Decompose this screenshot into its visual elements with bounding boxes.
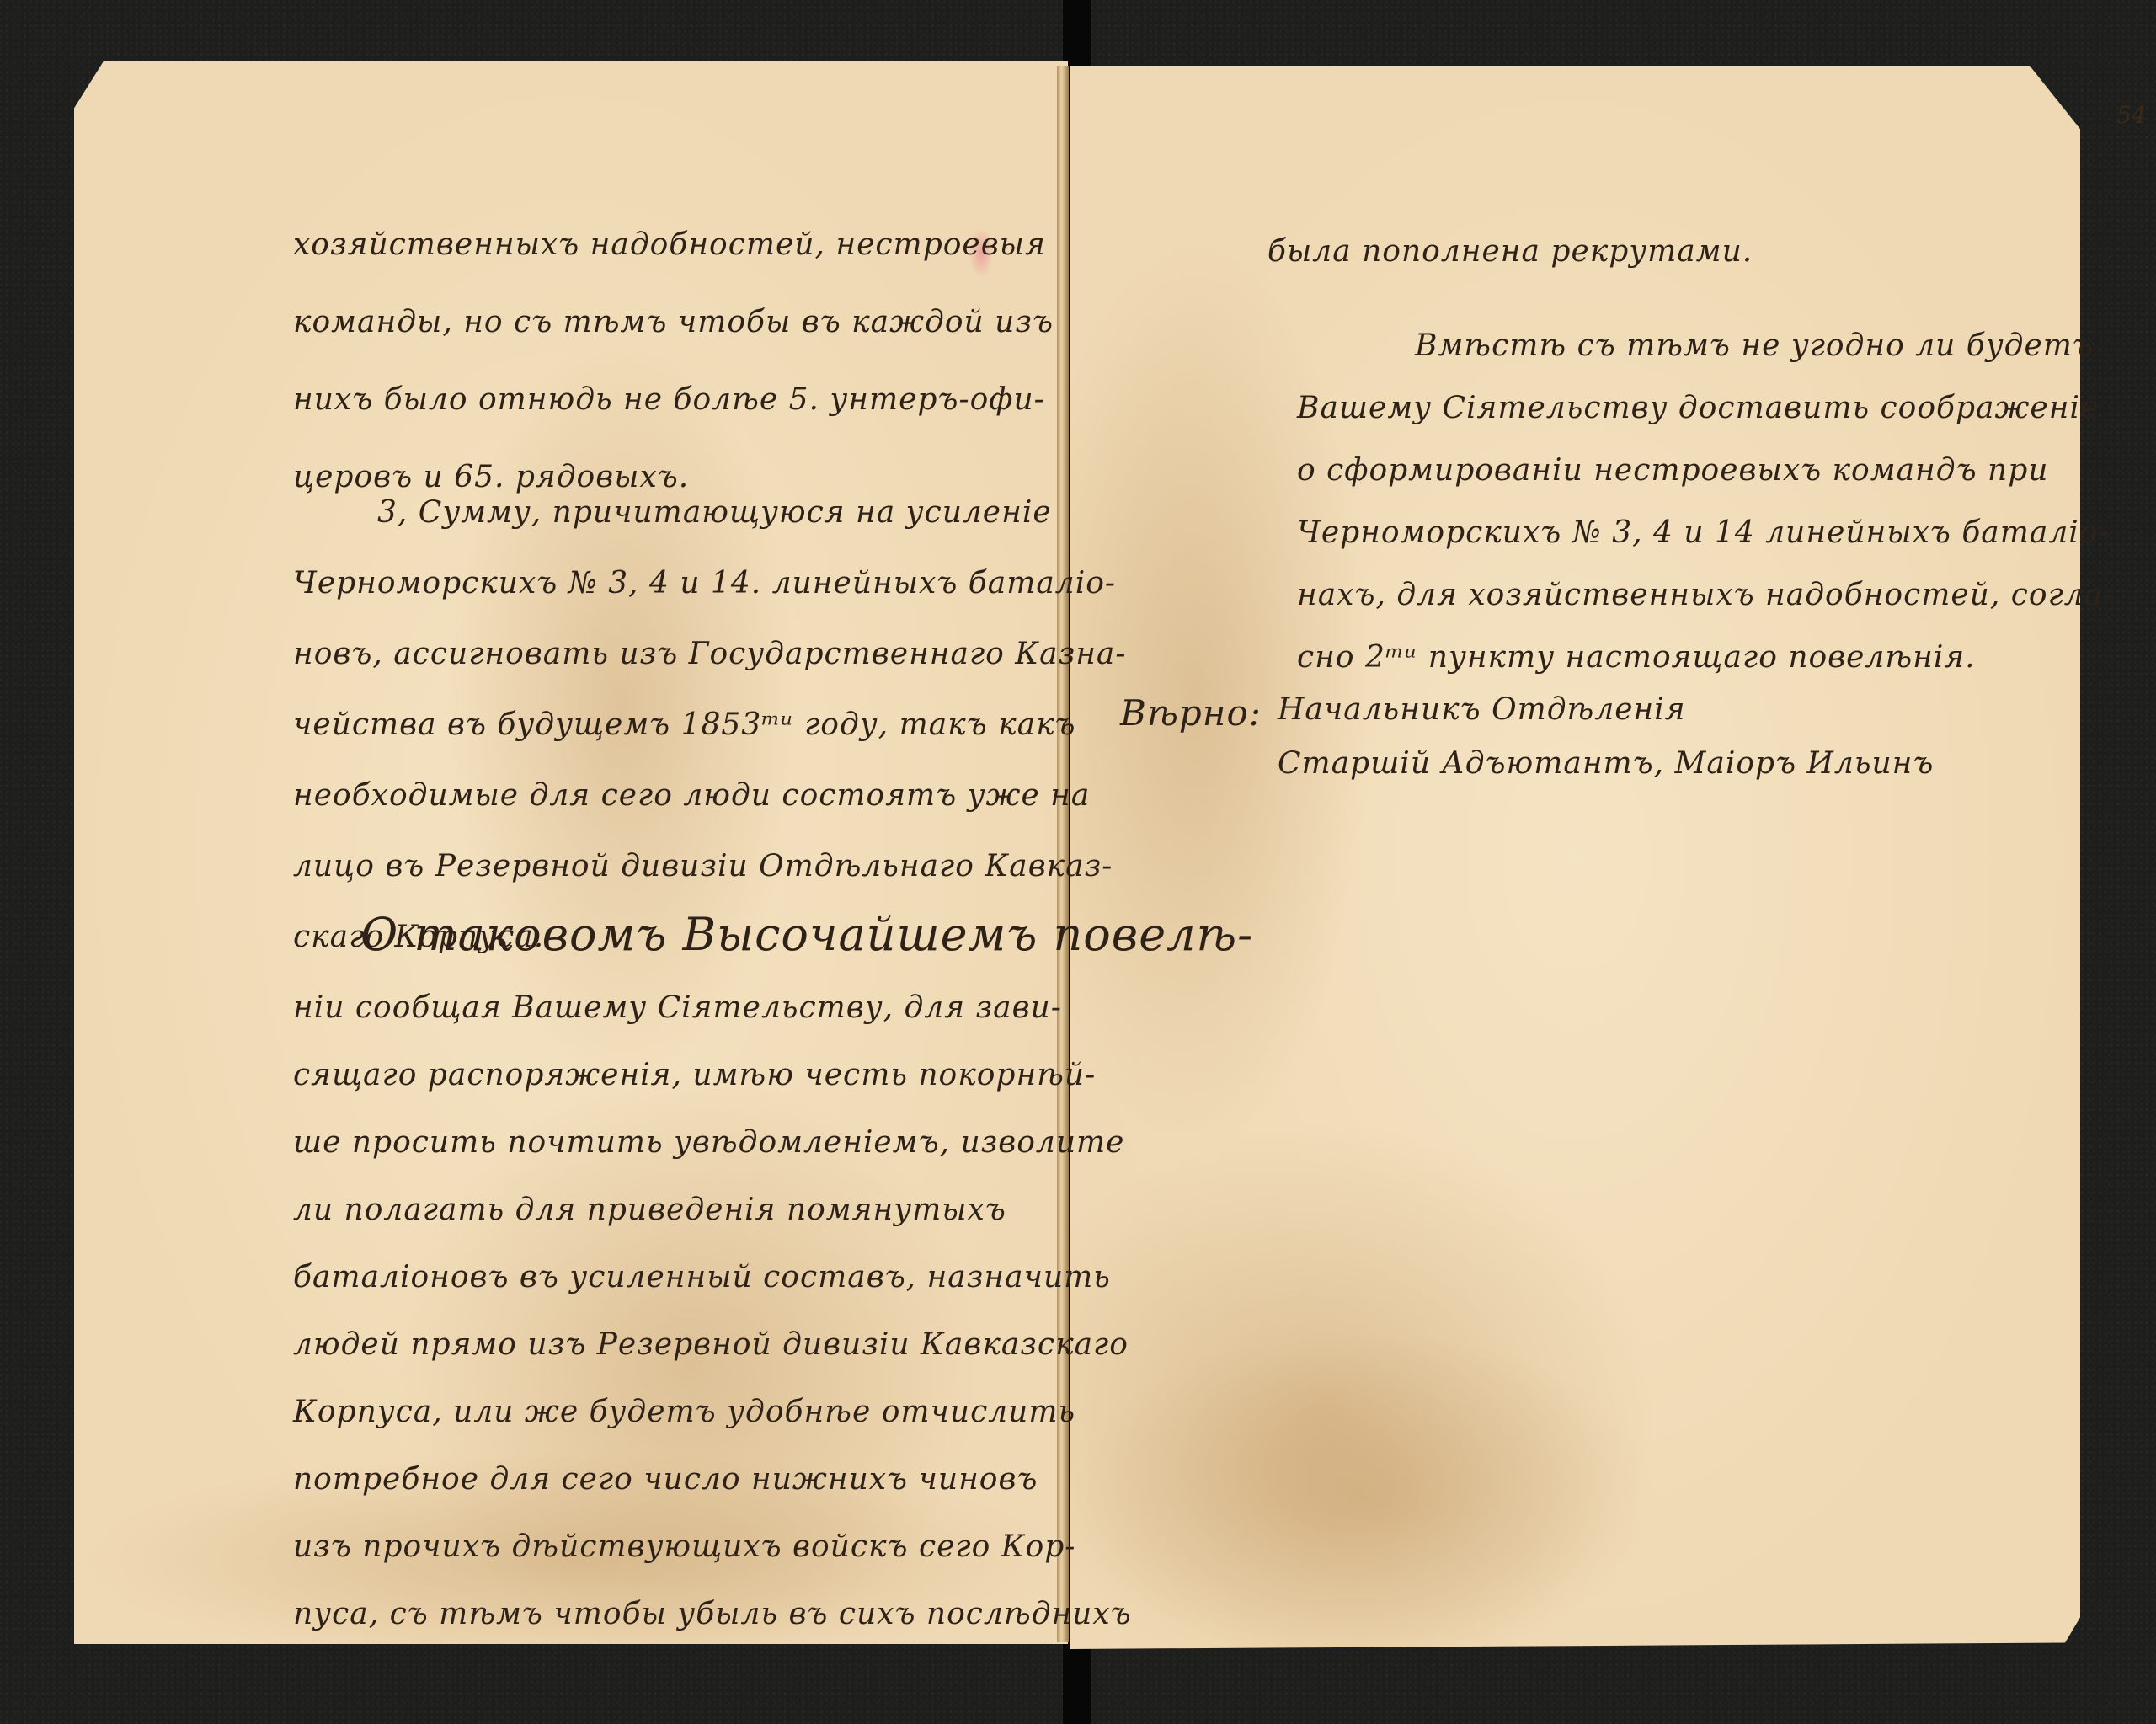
text-line: пуса, съ тѣмъ чтобы убыль въ сихъ послѣд…	[293, 1597, 1253, 1664]
text-line: потребное для сего число нижнихъ чиновъ	[293, 1462, 1253, 1529]
text-line: баталіоновъ въ усиленный составъ, назнач…	[293, 1260, 1253, 1327]
text-line: команды, но съ тѣмъ чтобы въ каждой изъ	[293, 305, 1054, 382]
text-line: новъ, ассигновать изъ Государственнаго К…	[293, 637, 1127, 707]
attestation-block: Вѣрно: Начальникъ Отдѣленія Старшій Адъю…	[1120, 692, 1934, 800]
text-line: Вмѣстѣ съ тѣмъ не угодно ли будетъ	[1297, 328, 2114, 391]
right-paragraph-1: была пополнена рекрутами.	[1267, 234, 1753, 269]
verified-mark: Вѣрно:	[1120, 692, 1262, 734]
text-line: чейства въ будущемъ 1853ᵐᵘ году, такъ ка…	[293, 707, 1127, 778]
text-line: изъ прочихъ дѣйствующихъ войскъ сего Кор…	[293, 1529, 1253, 1597]
text-line: хозяйственныхъ надобностей, нестроевыя	[293, 227, 1054, 305]
left-paragraph-1: хозяйственныхъ надобностей, нестроевыя к…	[293, 227, 1054, 537]
left-paragraph-3: О таковомъ Высочайшемъ повелѣ- ніи сообщ…	[293, 908, 1253, 1664]
text-line: ше просить почтить увѣдомленіемъ, изволи…	[293, 1125, 1253, 1193]
text-line: Корпуса, или же будетъ удобнѣе отчислить	[293, 1395, 1253, 1462]
text-line: о сформированіи нестроевыхъ командъ при	[1297, 453, 2114, 515]
text-line: нихъ было отнюдь не болѣе 5. унтеръ-офи-	[293, 382, 1054, 460]
text-line: ли полагать для приведенія помянутыхъ	[293, 1193, 1253, 1260]
folio-number: 54	[2116, 101, 2147, 129]
text-line: О таковомъ Высочайшемъ повелѣ-	[293, 908, 1253, 990]
right-paragraph-2: Вмѣстѣ съ тѣмъ не угодно ли будетъ Вашем…	[1297, 328, 2114, 702]
text-line: Вашему Сіятельству доставить соображеніе	[1297, 391, 2114, 453]
signature-title: Начальникъ Отдѣленія	[1278, 692, 1934, 746]
text-line: нахъ, для хозяйственныхъ надобностей, со…	[1297, 578, 2114, 640]
text-line: людей прямо изъ Резервной дивизіи Кавказ…	[293, 1327, 1253, 1395]
text-line: Черноморскихъ № 3, 4 и 14 линейныхъ бата…	[1297, 515, 2114, 578]
text-line: 3, Сумму, причитающуюся на усиленіе	[293, 495, 1127, 566]
text-line: необходимые для сего люди состоятъ уже н…	[293, 778, 1127, 849]
text-line: ніи сообщая Вашему Сіятельству, для зави…	[293, 990, 1253, 1058]
text-line: сящаго распоряженія, имѣю честь покорнѣй…	[293, 1058, 1253, 1125]
signature-name: Старшій Адъютантъ, Маіоръ Ильинъ	[1278, 746, 1934, 800]
text-line: была пополнена рекрутами.	[1267, 234, 1753, 269]
text-line: Черноморскихъ № 3, 4 и 14. линейныхъ бат…	[293, 566, 1127, 637]
